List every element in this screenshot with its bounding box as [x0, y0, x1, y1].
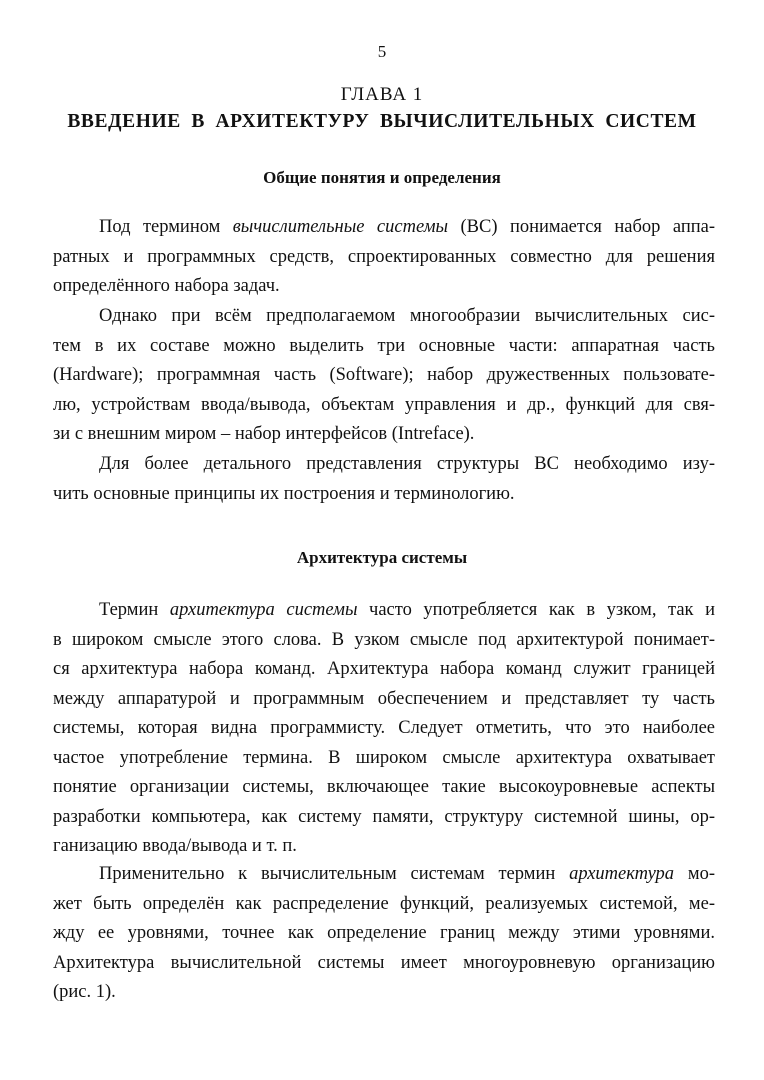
- text-line: зи с внешним миром – набор интерфейсов (…: [53, 420, 715, 450]
- text-line: чить основные принципы их построения и т…: [53, 480, 715, 510]
- text-line: Под термином вычислительные системы (ВС)…: [53, 213, 715, 243]
- section-title-general-concepts: Общие понятия и определения: [0, 168, 764, 188]
- paragraph: Термин архитектура системы часто употреб…: [53, 596, 715, 862]
- text-run: часто употребляется как в узком, так и: [357, 600, 715, 620]
- text-line: разработки компьютера, как систему памят…: [53, 803, 715, 833]
- text-line: (рис. 1).: [53, 978, 715, 1008]
- italic-term: архитектура системы: [170, 600, 358, 620]
- text-line: жду ее уровнями, точнее как определение …: [53, 919, 715, 949]
- text-line: тем в их составе можно выделить три осно…: [53, 332, 715, 362]
- text-line: Для более детального представления струк…: [53, 450, 715, 480]
- chapter-title: ВВЕДЕНИЕ В АРХИТЕКТУРУ ВЫЧИСЛИТЕЛЬНЫХ СИ…: [0, 111, 764, 133]
- chapter-label: ГЛАВА 1: [0, 84, 764, 106]
- text-run: мо-: [674, 864, 715, 884]
- text-line: между аппаратурой и программным обеспече…: [53, 685, 715, 715]
- text-line: Архитектура вычислительной системы имеет…: [53, 949, 715, 979]
- text-run: Применительно к вычислительным системам …: [99, 864, 569, 884]
- paragraph: Применительно к вычислительным системам …: [53, 860, 715, 1008]
- italic-term: вычислительные системы: [233, 217, 448, 237]
- text-run: (ВС) понимается набор аппа-: [448, 217, 715, 237]
- paragraph: Однако при всём предполагаемом многообра…: [53, 302, 715, 450]
- text-run: Термин: [99, 600, 170, 620]
- text-line: жет быть определён как распределение фун…: [53, 890, 715, 920]
- text-line: определённого набора задач.: [53, 272, 715, 302]
- text-line: понятие организации системы, включающее …: [53, 773, 715, 803]
- text-line: лю, устройствам ввода/вывода, объектам у…: [53, 391, 715, 421]
- text-line: Применительно к вычислительным системам …: [53, 860, 715, 890]
- section-title-system-architecture: Архитектура системы: [0, 548, 764, 568]
- text-line: в широком смысле этого слова. В узком см…: [53, 626, 715, 656]
- text-line: системы, которая видна программисту. Сле…: [53, 714, 715, 744]
- paragraph: Под термином вычислительные системы (ВС)…: [53, 213, 715, 302]
- text-line: (Hardware); программная часть (Software)…: [53, 361, 715, 391]
- italic-term: архитектура: [569, 864, 674, 884]
- text-line: ганизацию ввода/вывода и т. п.: [53, 832, 715, 862]
- paragraph: Для более детального представления струк…: [53, 450, 715, 509]
- text-line: ся архитектура набора команд. Архитектур…: [53, 655, 715, 685]
- text-line: Однако при всём предполагаемом многообра…: [53, 302, 715, 332]
- text-run: Под термином: [99, 217, 233, 237]
- text-line: частое употребление термина. В широком с…: [53, 744, 715, 774]
- text-line: ратных и программных средств, спроектиро…: [53, 243, 715, 273]
- text-line: Термин архитектура системы часто употреб…: [53, 596, 715, 626]
- page-number: 5: [0, 42, 764, 62]
